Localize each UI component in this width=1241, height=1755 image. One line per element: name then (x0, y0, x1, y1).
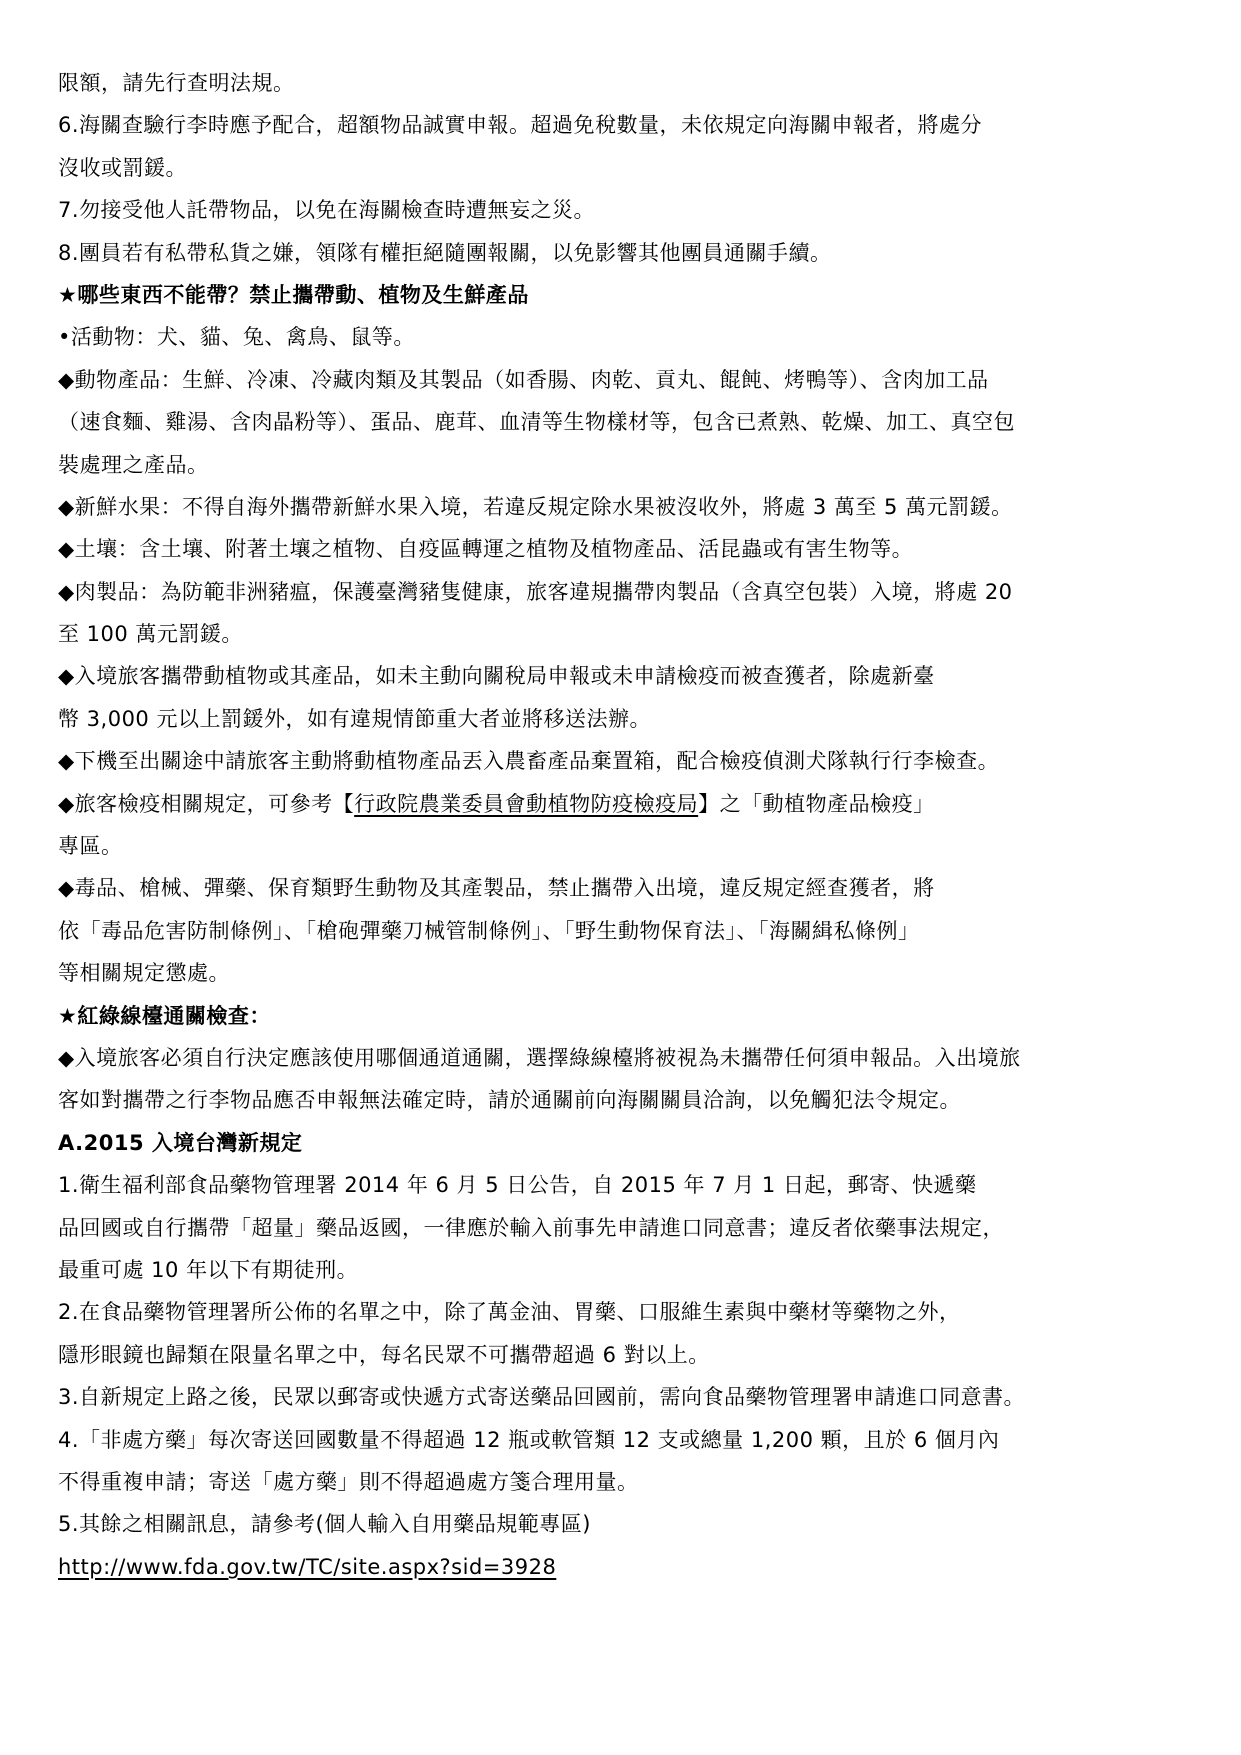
text-suffix: 】之「動植物產品檢疫」 (698, 792, 935, 816)
document-page: 限額，請先行查明法規。 6.海關查驗行李時應予配合，超額物品誠實申報。超過免稅數… (58, 62, 1188, 1588)
text-line: 最重可處 10 年以下有期徒刑。 (58, 1249, 1188, 1291)
text-line: 專區。 (58, 825, 1188, 867)
section-heading-prohibited-items: ★哪些東西不能帶？禁止攜帶動、植物及生鮮產品 (58, 274, 1188, 316)
rule-4-line: 4.「非處方藥」每次寄送回國數量不得超過 12 瓶或軟管類 12 支或總量 1,… (58, 1419, 1188, 1461)
section-heading-2015-rules: A.2015 入境台灣新規定 (58, 1122, 1188, 1164)
text-line: 客如對攜帶之行李物品應否申報無法確定時，請於通關前向海關關員洽詢，以免觸犯法令規… (58, 1079, 1188, 1121)
text-line: 不得重複申請；寄送「處方藥」則不得超過處方箋合理用量。 (58, 1461, 1188, 1503)
bullet-meat-products: ◆肉製品：為防範非洲豬瘟，保護臺灣豬隻健康，旅客違規攜帶肉製品（含真空包裝）入境… (58, 571, 1188, 613)
bullet-soil: ◆土壤：含土壤、附著土壤之植物、自疫區轉運之植物及植物產品、活昆蟲或有害生物等。 (58, 528, 1188, 570)
fda-url-line: http://www.fda.gov.tw/TC/site.aspx?sid=3… (58, 1546, 1188, 1588)
text-line: 隱形眼鏡也歸類在限量名單之中，每名民眾不可攜帶超過 6 對以上。 (58, 1334, 1188, 1376)
bullet-live-animals: •活動物：犬、貓、兔、禽鳥、鼠等。 (58, 316, 1188, 358)
text-line: 品回國或自行攜帶「超量」藥品返國，一律應於輸入前事先申請進口同意書；違反者依藥事… (58, 1207, 1188, 1249)
text-line: 依「毒品危害防制條例」、「槍砲彈藥刀械管制條例」、「野生動物保育法」、「海關緝私… (58, 910, 1188, 952)
rule-6-line: 6.海關查驗行李時應予配合，超額物品誠實申報。超過免稅數量，未依規定向海關申報者… (58, 104, 1188, 146)
fda-url-link[interactable]: http://www.fda.gov.tw/TC/site.aspx?sid=3… (58, 1555, 556, 1579)
bullet-channel-choice: ◆入境旅客必須自行決定應該使用哪個通道通關，選擇綠線檯將被視為未攜帶任何須申報品… (58, 1037, 1188, 1079)
rule-2-line: 2.在食品藥物管理署所公佈的名單之中，除了萬金油、胃藥、口服維生素與中藥材等藥物… (58, 1291, 1188, 1333)
bullet-animal-products: ◆動物產品：生鮮、冷凍、冷藏肉類及其製品（如香腸、肉乾、貢丸、餛飩、烤鴨等）、含… (58, 359, 1188, 401)
rule-8-line: 8.團員若有私帶私貨之嫌，領隊有權拒絕隨團報關，以免影響其他團員通關手續。 (58, 232, 1188, 274)
text-line: 等相關規定懲處。 (58, 952, 1188, 994)
rule-1-line: 1.衛生福利部食品藥物管理署 2014 年 6 月 5 日公告，自 2015 年… (58, 1164, 1188, 1206)
section-heading-red-green-channel: ★紅綠線檯通關檢查： (58, 995, 1188, 1037)
text-prefix: ◆旅客檢疫相關規定，可參考【 (58, 792, 354, 816)
rule-5-line: 5.其餘之相關訊息，請參考(個人輸入自用藥品規範專區) (58, 1503, 1188, 1545)
quarantine-bureau-link[interactable]: 行政院農業委員會動植物防疫檢疫局 (354, 792, 698, 816)
text-line: 限額，請先行查明法規。 (58, 62, 1188, 104)
text-line: 沒收或罰鍰。 (58, 147, 1188, 189)
rule-3-line: 3.自新規定上路之後，民眾以郵寄或快遞方式寄送藥品回國前，需向食品藥物管理署申請… (58, 1376, 1188, 1418)
bullet-drugs-weapons: ◆毒品、槍械、彈藥、保育類野生動物及其產製品，禁止攜帶入出境，違反規定經查獲者，… (58, 867, 1188, 909)
text-line: （速食麵、雞湯、含肉晶粉等）、蛋品、鹿茸、血清等生物樣材等，包含已煮熟、乾燥、加… (58, 401, 1188, 443)
rule-7-line: 7.勿接受他人託帶物品，以免在海關檢查時遭無妄之災。 (58, 189, 1188, 231)
bullet-declaration-penalty: ◆入境旅客攜帶動植物或其產品，如未主動向關稅局申報或未申請檢疫而被查獲者，除處新… (58, 655, 1188, 697)
text-line: 幣 3,000 元以上罰鍰外，如有違規情節重大者並將移送法辦。 (58, 698, 1188, 740)
text-line: 至 100 萬元罰鍰。 (58, 613, 1188, 655)
text-line: 裝處理之產品。 (58, 444, 1188, 486)
bullet-disposal-bin: ◆下機至出關途中請旅客主動將動植物產品丟入農畜產品棄置箱，配合檢疫偵測犬隊執行行… (58, 740, 1188, 782)
bullet-quarantine-reference: ◆旅客檢疫相關規定，可參考【行政院農業委員會動植物防疫檢疫局】之「動植物產品檢疫… (58, 783, 1188, 825)
bullet-fresh-fruit: ◆新鮮水果：不得自海外攜帶新鮮水果入境，若違反規定除水果被沒收外，將處 3 萬至… (58, 486, 1188, 528)
